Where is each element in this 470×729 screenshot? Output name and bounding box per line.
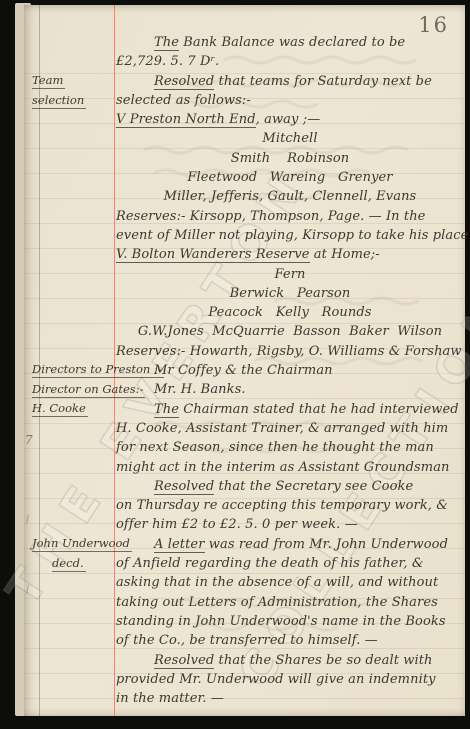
minute-line: Peacock Kelly Rounds [116,303,464,322]
minute-line-text: Bank Balance was declared to be [179,35,405,50]
minute-line: V Preston North End, away ;— [116,110,464,129]
margin-note-selection: selection [32,93,86,109]
minute-line-text: H. Cooke, Assistant Trainer, & arranged … [116,421,448,436]
underlined-phrase: A letter [154,537,205,553]
minute-page: THE EVERTON COLLECTION 16 Team selection [24,5,465,716]
minute-line-text: taking out Letters of Administration, th… [116,595,438,610]
minute-line-text: offer him £2 to £2. 5. 0 per week. — [116,517,358,532]
minute-line-text: provided Mr. Underwood will give an inde… [116,672,436,687]
minute-line: Miller, Jefferis, Gault, Clennell, Evans [116,187,464,206]
minute-line: A letter was read from Mr. John Underwoo… [116,535,464,554]
minutes-body: The Bank Balance was declared to be£2,72… [116,33,464,708]
minute-line-text: Mitchell [262,131,317,146]
minute-line: provided Mr. Underwood will give an inde… [116,670,464,689]
minute-line: offer him £2 to £2. 5. 0 per week. — [116,515,464,534]
underlined-phrase: Resolved [154,653,214,669]
minute-line-text: selected as follows:- [116,93,251,108]
minute-line: event of Miller not playing, Kirsopp to … [116,226,464,245]
minute-line: selected as follows:- [116,91,464,110]
minute-line: Resolved that the Secretary see Cooke [116,477,464,496]
minute-line-text: at Home;- [310,247,380,262]
edge-bleed-glyph: 7 [25,433,33,447]
minute-line: Mr Coffey & the Chairman [116,361,464,380]
minute-line: Mr. H. Banks. [116,380,464,399]
underlined-phrase: V Preston North End [116,112,256,128]
underlined-phrase: Resolved [154,74,214,90]
minute-line: of Anfield regarding the death of his fa… [116,554,464,573]
minute-line-text: of the Co., be transferred to himself. — [116,633,378,648]
minute-line: The Bank Balance was declared to be [116,33,464,52]
minute-line: G.W.Jones McQuarrie Basson Baker Wilson [116,322,464,341]
minute-line-text: Smith Robinson [231,151,350,166]
minute-line: of the Co., be transferred to himself. — [116,631,464,650]
minute-line: on Thursday re accepting this temporary … [116,496,464,515]
minute-line: Resolved that teams for Saturday next be [116,72,464,91]
minute-line-text: Reserves:- Kirsopp, Thompson, Page. — In… [116,209,425,224]
minute-line: H. Cooke, Assistant Trainer, & arranged … [116,419,464,438]
minute-line-text: event of Miller not playing, Kirsopp to … [116,228,470,243]
minute-line: standing in John Underwood's name in the… [116,612,464,631]
minute-line-text: asking that in the absence of a will, an… [116,575,438,590]
underlined-phrase: V. Bolton Wanderers Reserve [116,247,310,263]
minute-line-text: G.W.Jones McQuarrie Basson Baker Wilson [138,324,442,339]
minute-line: V. Bolton Wanderers Reserve at Home;- [116,245,464,264]
minute-line: Resolved that the Shares be so dealt wit… [116,651,464,670]
minute-line-text: , away ;— [256,112,321,127]
minute-line: Reserves:- Howarth, Rigsby, O. Williams … [116,342,464,361]
minute-line-text: Berwick Pearson [230,286,351,301]
minute-line: Mitchell [116,129,464,148]
minute-line-text: Peacock Kelly Rounds [208,305,371,320]
minute-line-text: might act in the interim as Assistant Gr… [116,460,450,475]
margin-note-h-cooke: H. Cooke [32,401,88,417]
underlined-phrase: The [154,35,179,51]
minute-line-text: Miller, Jefferis, Gault, Clennell, Evans [164,189,417,204]
minute-line-text: Chairman stated that he had interviewed [179,402,459,417]
minute-line-text: Mr Coffey & the Chairman [154,363,333,378]
minute-line-text: on Thursday re accepting this temporary … [116,498,448,513]
minute-line: Fern [116,265,464,284]
minute-line: Berwick Pearson [116,284,464,303]
minute-line-text: that the Shares be so dealt with [214,653,432,668]
minute-line: The Chairman stated that he had intervie… [116,400,464,419]
minute-line-text: Fern [275,267,306,282]
minute-line-text: Reserves:- Howarth, Rigsby, O. Williams … [116,344,462,359]
minute-line-text: of Anfield regarding the death of his fa… [116,556,424,571]
minute-line-text: standing in John Underwood's name in the… [116,614,446,629]
minute-line: for next Season, since then he thought t… [116,438,464,457]
minute-book-photo: THE EVERTON COLLECTION 16 Team selection [0,0,470,729]
minute-line-text: that teams for Saturday next be [214,74,432,89]
minute-line-text: was read from Mr. John Underwood [205,537,448,552]
minute-line-text: Mr. H. Banks. [154,382,246,397]
minute-line: taking out Letters of Administration, th… [116,593,464,612]
minute-line: in the matter. — [116,689,464,708]
minute-line-text: in the matter. — [116,691,224,706]
minute-line: might act in the interim as Assistant Gr… [116,458,464,477]
margin-note-team: Team [32,73,65,89]
minute-line-text: that the Secretary see Cooke [214,479,413,494]
minute-line: Smith Robinson [116,149,464,168]
binding-edge-line [39,5,40,716]
minute-line-text: for next Season, since then he thought t… [116,440,434,455]
red-margin-rule [114,5,115,716]
minute-line-text: Fleetwood Wareing Grenyer [187,170,392,185]
underlined-phrase: Resolved [154,479,214,495]
minute-line: £2,729. 5. 7 Dʳ. [116,52,464,71]
margin-note-decd: decd. [52,556,86,572]
underlined-phrase: The [154,402,179,418]
minute-line: Fleetwood Wareing Grenyer [116,168,464,187]
minute-line: Reserves:- Kirsopp, Thompson, Page. — In… [116,207,464,226]
minute-line-text: £2,729. 5. 7 Dʳ. [116,54,219,69]
minute-line: asking that in the absence of a will, an… [116,573,464,592]
